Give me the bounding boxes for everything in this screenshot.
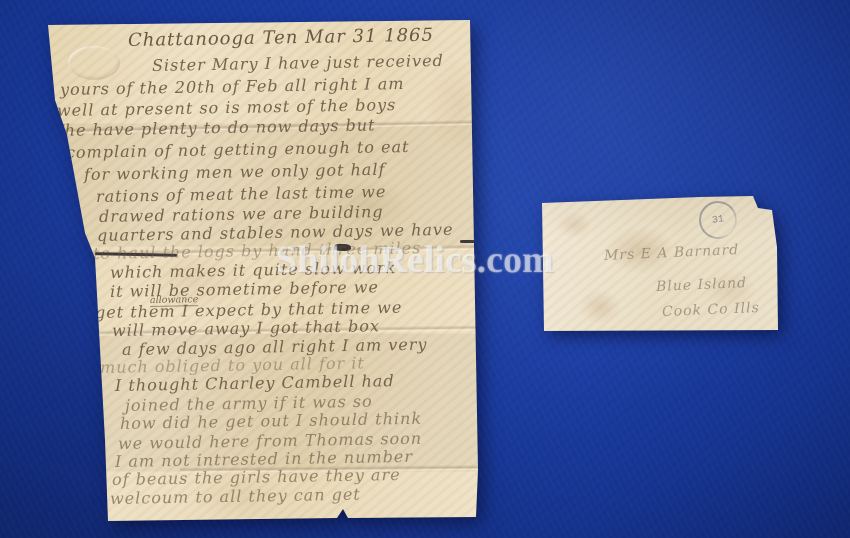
letter-dateline: Chattanooga Ten Mar 31 1865 xyxy=(128,25,434,51)
photo-scene: Chattanooga Ten Mar 31 1865 Sister Mary … xyxy=(0,0,850,538)
envelope-address-line: Blue Island xyxy=(656,275,748,295)
envelope-address-line: Mrs E A Barnard xyxy=(604,242,740,264)
letter-line: complain of not getting enough to eat xyxy=(66,137,410,162)
letter-line: Sister Mary I have just received xyxy=(152,51,444,75)
letter-line: welcoum to all they can get xyxy=(110,485,361,508)
envelope-address-line: Cook Co Ills xyxy=(662,300,760,320)
embossed-seal xyxy=(68,46,120,80)
watermark-text: ShilohRelics.com xyxy=(276,238,554,282)
envelope-paper: 31 Mrs E A Barnard Blue Island Cook Co I… xyxy=(540,195,782,337)
envelope: 31 Mrs E A Barnard Blue Island Cook Co I… xyxy=(540,195,782,337)
postmark-stamp: 31 xyxy=(697,199,740,242)
letter-line: for working men we only got half xyxy=(84,160,386,184)
